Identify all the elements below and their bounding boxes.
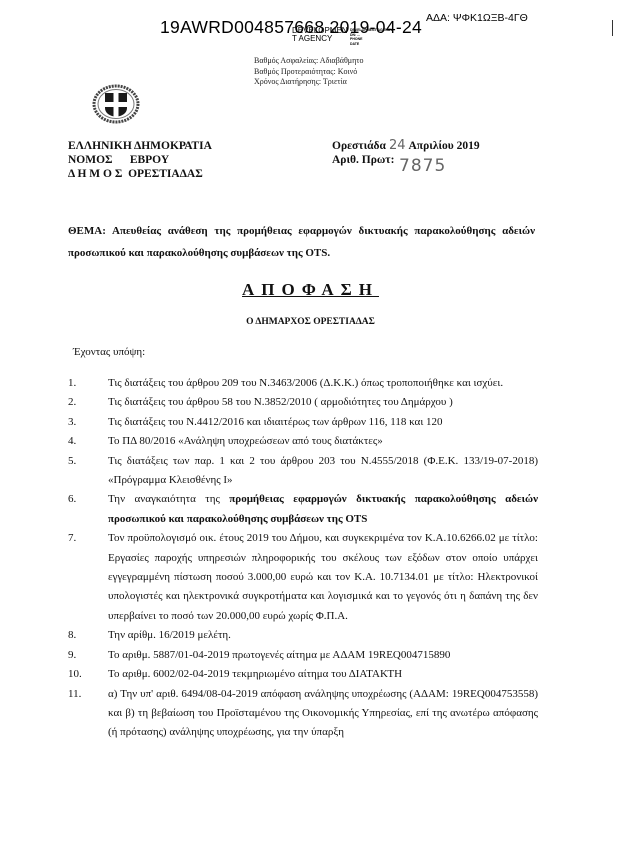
ada-code: ΑΔΑ: ΨΦΚ1ΩΞΒ-4ΓΘ: [426, 12, 528, 24]
retention-period: Χρόνος Διατήρησης: Τριετία: [254, 77, 363, 88]
list-item: 7.Τον προϋπολογισμό οικ. έτους 2019 του …: [68, 529, 538, 626]
document-title: ΑΠΟΦΑΣΗ: [0, 280, 621, 300]
item-text-prefix: Την αναγκαιότητα της: [108, 493, 229, 505]
item-number: 4.: [68, 432, 108, 451]
list-item: 3.Τις διατάξεις του Ν.4412/2016 και ιδια…: [68, 413, 538, 432]
classification-block: Βαθμός Ασφαλείας: Αδιαβάθμητο Βαθμός Προ…: [254, 56, 363, 88]
item-text: Την αρίθμ. 16/2019 μελέτη.: [108, 626, 538, 645]
month-year: Απριλίου 2019: [409, 140, 480, 152]
item-number: 1.: [68, 374, 108, 393]
date-line: Ορεστιάδα24Απριλίου 2019: [332, 139, 480, 153]
item-text: Τις διατάξεις του Ν.4412/2016 και ιδιαιτ…: [108, 413, 538, 432]
greek-coat-of-arms-icon: [92, 84, 140, 124]
signature-details: DEVELOPMENT AGENCY DN: ... PHONE DATE: [350, 28, 392, 46]
item-text: Τις διατάξεις του άρθρου 58 του Ν.3852/2…: [108, 393, 538, 412]
item-text: Τις διατάξεις των παρ. 1 και 2 του άρθρο…: [108, 452, 538, 491]
item-number: 2.: [68, 393, 108, 412]
item-number: 9.: [68, 646, 108, 665]
mayor-heading: Ο ΔΗΜΑΡΧΟΣ ΟΡΕΣΤΙΑΔΑΣ: [0, 317, 621, 327]
item-text: Το αριθμ. 6002/02-04-2019 τεκμηριωμένο α…: [108, 665, 538, 684]
scan-edge-mark: [612, 20, 613, 36]
list-item: 5.Τις διατάξεις των παρ. 1 και 2 του άρθ…: [68, 452, 538, 491]
handwritten-day: 24: [389, 138, 406, 153]
list-item: 1.Τις διατάξεις του άρθρου 209 του Ν.346…: [68, 374, 538, 393]
item-number: 6.: [68, 490, 108, 529]
list-item: 2.Τις διατάξεις του άρθρου 58 του Ν.3852…: [68, 393, 538, 412]
issuer-block: ΕΛΛΗΝΙΚΗ ΔΗΜΟΚΡΑΤΙΑ ΝΟΜΟΣ ΕΒΡΟΥ Δ Η Μ Ο …: [68, 139, 212, 181]
item-number: 11.: [68, 685, 108, 743]
stamp-line: T AGENCY: [292, 35, 348, 43]
item-number: 3.: [68, 413, 108, 432]
security-level: Βαθμός Ασφαλείας: Αδιαβάθμητο: [254, 56, 363, 67]
signature-detail-line: DATE: [350, 42, 392, 47]
item-text: α) Την υπ' αριθ. 6494/08-04-2019 απόφαση…: [108, 685, 538, 743]
subject-line: ΘΕΜΑ: Απευθείας ανάθεση της προμήθειας ε…: [68, 220, 535, 264]
list-item: 9.Το αριθμ. 5887/01-04-2019 πρωτογενές α…: [68, 646, 538, 665]
list-item: 11.α) Την υπ' αριθ. 6494/08-04-2019 απόφ…: [68, 685, 538, 743]
item-number: 5.: [68, 452, 108, 491]
item-number: 10.: [68, 665, 108, 684]
list-item: 6.Την αναγκαιότητα της προμήθειας εφαρμο…: [68, 490, 538, 529]
priority-level: Βαθμός Προτεραιότητας: Κοινό: [254, 67, 363, 78]
item-text: Τις διατάξεις του άρθρου 209 του Ν.3463/…: [108, 374, 538, 393]
item-text: Το αριθμ. 5887/01-04-2019 πρωτογενές αίτ…: [108, 646, 538, 665]
issuer-prefecture: ΝΟΜΟΣ ΕΒΡΟΥ: [68, 153, 212, 167]
item-text: Τον προϋπολογισμό οικ. έτους 2019 του Δή…: [108, 529, 538, 626]
handwritten-protocol-number: 7875: [399, 156, 446, 176]
signature-detail-line: DEVELOPMENT AGENCY: [350, 28, 392, 33]
issuer-country: ΕΛΛΗΝΙΚΗ ΔΗΜΟΚΡΑΤΙΑ: [68, 139, 212, 153]
considerations-intro: Έχοντας υπόψη:: [73, 346, 145, 358]
list-item: 10. Το αριθμ. 6002/02-04-2019 τεκμηριωμέ…: [68, 665, 538, 684]
place: Ορεστιάδα: [332, 140, 386, 152]
issuer-municipality: Δ Η Μ Ο Σ ΟΡΕΣΤΙΑΔΑΣ: [68, 167, 212, 181]
list-item: 8.Την αρίθμ. 16/2019 μελέτη.: [68, 626, 538, 645]
considerations-list: 1.Τις διατάξεις του άρθρου 209 του Ν.346…: [68, 374, 538, 743]
item-number: 8.: [68, 626, 108, 645]
item-text: Το ΠΔ 80/2016 «Ανάληψη υποχρεώσεων από τ…: [108, 432, 538, 451]
list-item: 4.Το ΠΔ 80/2016 «Ανάληψη υποχρεώσεων από…: [68, 432, 538, 451]
item-text: Την αναγκαιότητα της προμήθειας εφαρμογώ…: [108, 490, 538, 529]
digital-signature-stamp: DEVELOPMEN T AGENCY: [292, 27, 348, 43]
item-number: 7.: [68, 529, 108, 626]
